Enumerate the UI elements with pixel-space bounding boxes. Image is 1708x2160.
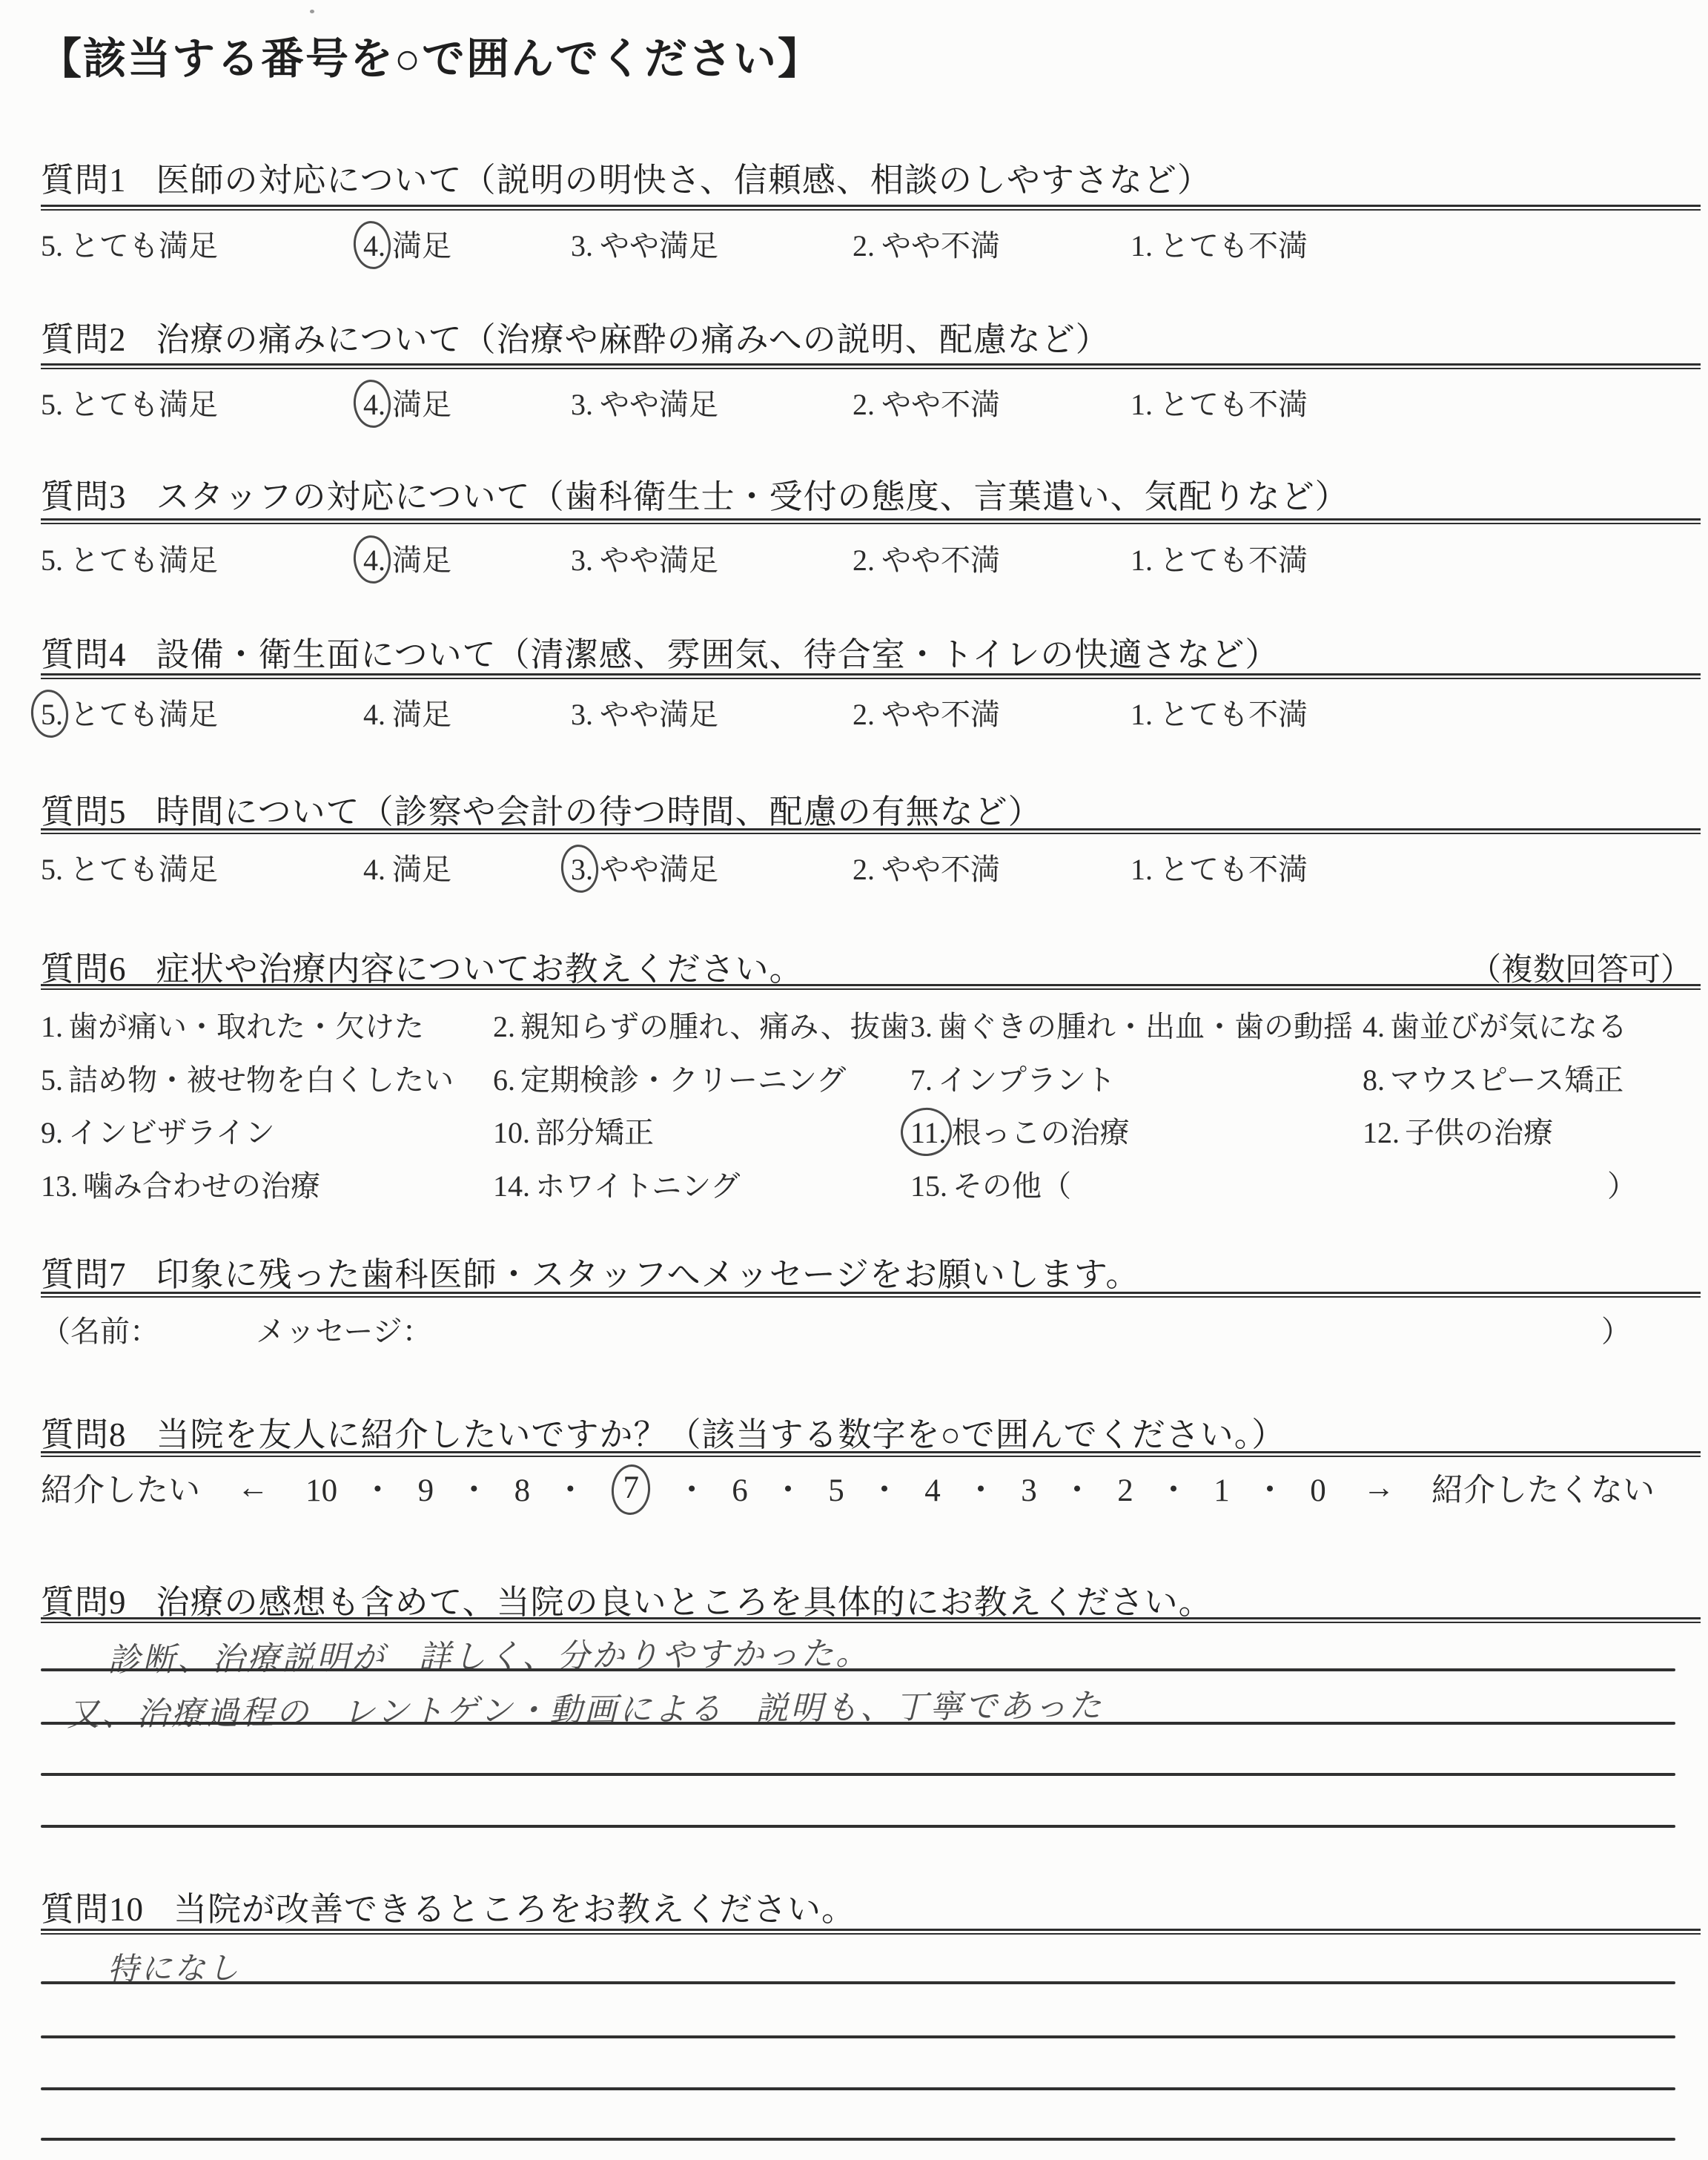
question-9-number: 質問9	[41, 1575, 127, 1623]
option-label: やや満足	[600, 698, 718, 731]
item-label: インビザライン	[68, 1116, 275, 1149]
question-10-divider	[41, 1929, 1701, 1935]
q6-item-12: 12.子供の治療	[1363, 1109, 1553, 1152]
option-number: 2.	[853, 543, 875, 578]
q9-answer-line-3	[41, 1773, 1675, 1776]
question-7-title: 印象に残った歯科医師・スタッフへメッセージをお願いします。	[156, 1247, 1140, 1295]
q4-option-5: 5.とても満足	[41, 691, 218, 733]
q2-option-5: 5.とても満足	[41, 381, 218, 423]
item-number: 4.	[1363, 1009, 1385, 1044]
option-number: 1.	[1131, 697, 1153, 732]
item-label: 部分矯正	[535, 1116, 654, 1149]
option-number-circled: 4.	[363, 543, 385, 578]
item-label: 歯ぐきの腫れ・出血・歯の動揺	[938, 1010, 1353, 1043]
q2-option-2: 2.やや不満	[853, 381, 1000, 423]
question-3-title: スタッフの対応について（歯科衛生士・受付の態度、言葉遣い、気配りなど）	[156, 469, 1349, 518]
option-number-circled: 4.	[363, 387, 385, 422]
option-label: やや満足	[600, 853, 718, 886]
option-number-circled: 4.	[363, 228, 385, 263]
question-6-divider	[41, 984, 1701, 990]
q3-option-5: 5.とても満足	[41, 537, 218, 579]
item-label: 歯並びが気になる	[1390, 1010, 1627, 1043]
q6-item-4: 4.歯並びが気になる	[1363, 1003, 1627, 1046]
item-number: 6.	[493, 1063, 515, 1097]
item-number: 3.	[910, 1009, 933, 1044]
question-10-heading: 質問10 当院が改善できるところをお教えください。	[41, 1882, 855, 1930]
q6-item-15: 15.その他（	[910, 1163, 1071, 1205]
q1-option-2: 2.やや不満	[853, 222, 1000, 265]
question-1-title: 医師の対応について（説明の明快さ、信頼感、相談のしやすさなど）	[156, 153, 1211, 201]
left-arrow-icon: ←	[237, 1470, 269, 1506]
item-label: 子供の治療	[1405, 1116, 1553, 1149]
q6-item-2: 2.親知らずの腫れ、痛み、抜歯	[493, 1003, 910, 1046]
q6-item-5: 5.詰め物・被せ物を白くしたい	[41, 1057, 454, 1099]
question-2-divider	[41, 363, 1701, 369]
q2-option-4: 4.満足	[363, 381, 451, 423]
question-1-number: 質問1	[41, 153, 127, 201]
q7-message-label: メッセージ：	[256, 1308, 432, 1350]
q1-option-5: 5.とても満足	[41, 222, 218, 265]
q3-option-3: 3.やや満足	[571, 537, 718, 579]
option-number: 5.	[41, 543, 63, 578]
option-label: やや不満	[881, 853, 1000, 886]
item-number: 8.	[1363, 1063, 1385, 1097]
q8-nps-scale: 紹介したい ← 10 ・ 9 ・ 8 ・ 7 ・ 6 ・ 5 ・ 4 ・ 3 ・…	[41, 1465, 1655, 1510]
q6-item-13: 13.噛み合わせの治療	[41, 1163, 320, 1205]
option-number: 3.	[571, 387, 593, 422]
option-label: やや不満	[881, 698, 1000, 731]
question-8-number: 質問8	[41, 1407, 127, 1456]
question-7-number: 質問7	[41, 1247, 127, 1295]
item-label: 詰め物・被せ物を白くしたい	[68, 1063, 454, 1097]
option-number: 1.	[1131, 387, 1153, 422]
option-number: 3.	[571, 543, 593, 578]
q6-item-9: 9.インビザライン	[41, 1109, 275, 1152]
q2-option-1: 1.とても不満	[1131, 381, 1308, 423]
option-label: やや不満	[881, 229, 1000, 262]
question-9-divider	[41, 1617, 1701, 1623]
option-label: とても満足	[70, 544, 218, 577]
option-label: とても満足	[70, 229, 218, 262]
option-number: 4.	[363, 697, 385, 732]
item-label: 根っこの治療	[952, 1116, 1130, 1149]
q3-option-1: 1.とても不満	[1131, 537, 1308, 579]
scan-speck	[310, 10, 314, 13]
option-label: やや満足	[600, 388, 718, 421]
item-label: ホワイトニング	[535, 1169, 740, 1203]
question-5-title: 時間について（診察や会計の待つ時間、配慮の有無など）	[156, 785, 1042, 833]
question-8-heading: 質問8 当院を友人に紹介したいですか？（該当する数字を○で囲んでください。）	[41, 1407, 1285, 1456]
q6-item-10: 10.部分矯正	[493, 1109, 654, 1152]
item-label: インプラント	[938, 1063, 1116, 1097]
q3-option-4: 4.満足	[363, 537, 451, 579]
question-9-title: 治療の感想も含めて、当院の良いところを具体的にお教えください。	[156, 1575, 1213, 1623]
question-5-divider	[41, 828, 1701, 834]
question-3-options: 5.とても満足 4.満足 3.やや満足 2.やや不満 1.とても不満	[0, 537, 1708, 584]
q9-handwritten-answer-line-2: 又、治療過程の レントゲン・動画による 説明も、丁寧であった	[67, 1679, 1104, 1735]
question-1-options: 5.とても満足 4.満足 3.やや満足 2.やや不満 1.とても不満	[0, 222, 1708, 270]
item-label: 歯が痛い・取れた・欠けた	[68, 1010, 424, 1043]
question-4-heading: 質問4 設備・衛生面について（清潔感、雰囲気、待合室・トイレの快適さなど）	[41, 627, 1279, 676]
q5-option-2: 2.やや不満	[853, 846, 1000, 888]
q1-option-4: 4.満足	[363, 222, 451, 265]
option-label: とても不満	[1159, 229, 1308, 262]
question-3-divider	[41, 518, 1701, 524]
option-label: とても満足	[70, 853, 218, 886]
question-2-number: 質問2	[41, 312, 127, 360]
option-number: 3.	[571, 697, 593, 732]
question-4-divider	[41, 673, 1701, 679]
question-6-heading: 質問6 症状や治療内容についてお教えください。	[41, 942, 804, 990]
option-label: 満足	[392, 698, 451, 731]
option-number-circled: 5.	[41, 697, 63, 732]
q10-answer-line-3	[41, 2087, 1675, 2090]
q5-option-3: 3.やや満足	[571, 846, 718, 888]
option-number: 1.	[1131, 543, 1153, 578]
q7-name-label: （名前：	[41, 1308, 159, 1350]
q6-item-3: 3.歯ぐきの腫れ・出血・歯の動揺	[910, 1003, 1353, 1046]
q4-option-4: 4.満足	[363, 691, 451, 733]
item-number: 2.	[493, 1009, 515, 1044]
option-label: やや不満	[881, 544, 1000, 577]
option-label: 満足	[392, 388, 451, 421]
q7-close-paren: ）	[1601, 1308, 1631, 1350]
item-label: 噛み合わせの治療	[83, 1169, 320, 1203]
option-label: 満足	[392, 853, 451, 886]
question-8-divider	[41, 1451, 1701, 1457]
question-5-number: 質問5	[41, 785, 127, 833]
item-label: その他（	[953, 1169, 1071, 1203]
item-number: 14.	[493, 1169, 530, 1203]
q6-item-14: 14.ホワイトニング	[493, 1163, 740, 1205]
question-2-title: 治療の痛みについて（治療や麻酔の痛みへの説明、配慮など）	[156, 312, 1110, 360]
right-arrow-icon: →	[1363, 1470, 1394, 1506]
q3-option-2: 2.やや不満	[853, 537, 1000, 579]
q5-option-5: 5.とても満足	[41, 846, 218, 888]
question-4-number: 質問4	[41, 627, 127, 676]
option-label: とても不満	[1159, 544, 1308, 577]
option-number-circled: 3.	[571, 852, 593, 887]
option-number: 2.	[853, 228, 875, 263]
question-9-heading: 質問9 治療の感想も含めて、当院の良いところを具体的にお教えください。	[41, 1575, 1213, 1623]
option-number: 5.	[41, 387, 63, 422]
q4-option-3: 3.やや満足	[571, 691, 718, 733]
q9-answer-line-4	[41, 1825, 1675, 1828]
q4-option-1: 1.とても不満	[1131, 691, 1308, 733]
question-2-heading: 質問2 治療の痛みについて（治療や麻酔の痛みへの説明、配慮など）	[41, 312, 1110, 360]
question-1-heading: 質問1 医師の対応について（説明の明快さ、信頼感、相談のしやすさなど）	[41, 153, 1211, 201]
question-5-options: 5.とても満足 4.満足 3.やや満足 2.やや不満 1.とても不満	[0, 846, 1708, 894]
q1-option-3: 3.やや満足	[571, 222, 718, 265]
q8-selected-number-circled: 7	[623, 1470, 639, 1506]
item-number: 9.	[41, 1115, 63, 1150]
item-number: 1.	[41, 1009, 63, 1044]
item-number: 5.	[41, 1063, 63, 1097]
item-label: 親知らずの腫れ、痛み、抜歯	[520, 1010, 910, 1043]
option-number: 5.	[41, 228, 63, 263]
q8-intro-label: 紹介したい	[41, 1465, 200, 1510]
option-number: 5.	[41, 852, 63, 887]
q4-option-2: 2.やや不満	[853, 691, 1000, 733]
item-number: 12.	[1363, 1115, 1400, 1150]
item-label: 定期検診・クリーニング	[520, 1063, 846, 1097]
q8-scale-left: 10 ・ 9 ・ 8 ・	[305, 1465, 586, 1510]
option-number: 2.	[853, 852, 875, 887]
q9-answer-line-2	[41, 1722, 1675, 1725]
option-label: とても不満	[1159, 388, 1308, 421]
question-6-note: （複数回答可）	[1469, 945, 1692, 990]
item-number: 7.	[910, 1063, 933, 1097]
question-4-title: 設備・衛生面について（清潔感、雰囲気、待合室・トイレの快適さなど）	[156, 627, 1280, 676]
option-label: とても満足	[70, 388, 218, 421]
item-number-circled: 11.	[910, 1115, 947, 1150]
option-number: 2.	[853, 387, 875, 422]
q9-answer-line-1	[41, 1668, 1675, 1671]
q1-option-1: 1.とても不満	[1131, 222, 1308, 265]
q8-outro-label: 紹介したくない	[1431, 1465, 1655, 1510]
q6-other-close-paren: ）	[1607, 1163, 1637, 1205]
option-label: やや満足	[600, 229, 718, 262]
item-number: 10.	[493, 1115, 530, 1150]
item-label: マウスピース矯正	[1390, 1063, 1623, 1097]
option-label: やや満足	[600, 544, 718, 577]
question-10-title: 当院が改善できるところをお教えください。	[173, 1882, 855, 1930]
question-4-options: 5.とても満足 4.満足 3.やや満足 2.やや不満 1.とても不満	[0, 691, 1708, 739]
item-number: 13.	[41, 1169, 78, 1203]
q2-option-3: 3.やや満足	[571, 381, 718, 423]
scanned-survey-form: 【該当する番号を○で囲んでください】 質問1 医師の対応について（説明の明快さ、…	[0, 0, 1708, 2160]
question-10-number: 質問10	[41, 1882, 144, 1930]
option-label: とても不満	[1159, 698, 1308, 731]
q6-item-8: 8.マウスピース矯正	[1363, 1057, 1623, 1099]
question-8-title: 当院を友人に紹介したいですか？（該当する数字を○で囲んでください。）	[156, 1407, 1286, 1456]
q6-item-6: 6.定期検診・クリーニング	[493, 1057, 846, 1099]
q10-answer-line-4	[41, 2138, 1675, 2141]
question-6-title: 症状や治療内容についてお教えください。	[156, 942, 804, 990]
option-label: 満足	[392, 229, 451, 262]
option-label: やや不満	[881, 388, 1000, 421]
q5-option-1: 1.とても不満	[1131, 846, 1308, 888]
q6-item-11: 11.根っこの治療	[910, 1109, 1130, 1152]
option-number: 3.	[571, 228, 593, 263]
option-number: 2.	[853, 697, 875, 732]
option-label: 満足	[392, 544, 451, 577]
option-number: 1.	[1131, 228, 1153, 263]
q9-handwritten-answer-line-1: 診断、治療説明が 詳しく、分かりやすかった。	[107, 1627, 871, 1681]
item-number: 15.	[910, 1169, 947, 1203]
question-7-divider	[41, 1292, 1701, 1298]
option-label: とても不満	[1159, 853, 1308, 886]
q8-scale-right: ・ 6 ・ 5 ・ 4 ・ 3 ・ 2 ・ 1 ・ 0	[676, 1465, 1326, 1510]
question-3-heading: 質問3 スタッフの対応について（歯科衛生士・受付の態度、言葉遣い、気配りなど）	[41, 469, 1349, 518]
option-number: 4.	[363, 852, 385, 887]
q10-answer-line-2	[41, 2035, 1675, 2038]
form-title: 【該当する番号を○で囲んでください】	[39, 24, 822, 86]
question-6-number: 質問6	[41, 942, 127, 990]
question-3-number: 質問3	[41, 469, 127, 518]
q6-item-1: 1.歯が痛い・取れた・欠けた	[41, 1003, 424, 1046]
q5-option-4: 4.満足	[363, 846, 451, 888]
option-number: 1.	[1131, 852, 1153, 887]
question-1-divider	[41, 205, 1701, 211]
q6-item-7: 7.インプラント	[910, 1057, 1116, 1099]
question-5-heading: 質問5 時間について（診察や会計の待つ時間、配慮の有無など）	[41, 785, 1042, 833]
question-7-heading: 質問7 印象に残った歯科医師・スタッフへメッセージをお願いします。	[41, 1247, 1139, 1295]
option-label: とても満足	[70, 698, 218, 731]
question-2-options: 5.とても満足 4.満足 3.やや満足 2.やや不満 1.とても不満	[0, 381, 1708, 429]
q10-answer-line-1	[41, 1981, 1675, 1984]
